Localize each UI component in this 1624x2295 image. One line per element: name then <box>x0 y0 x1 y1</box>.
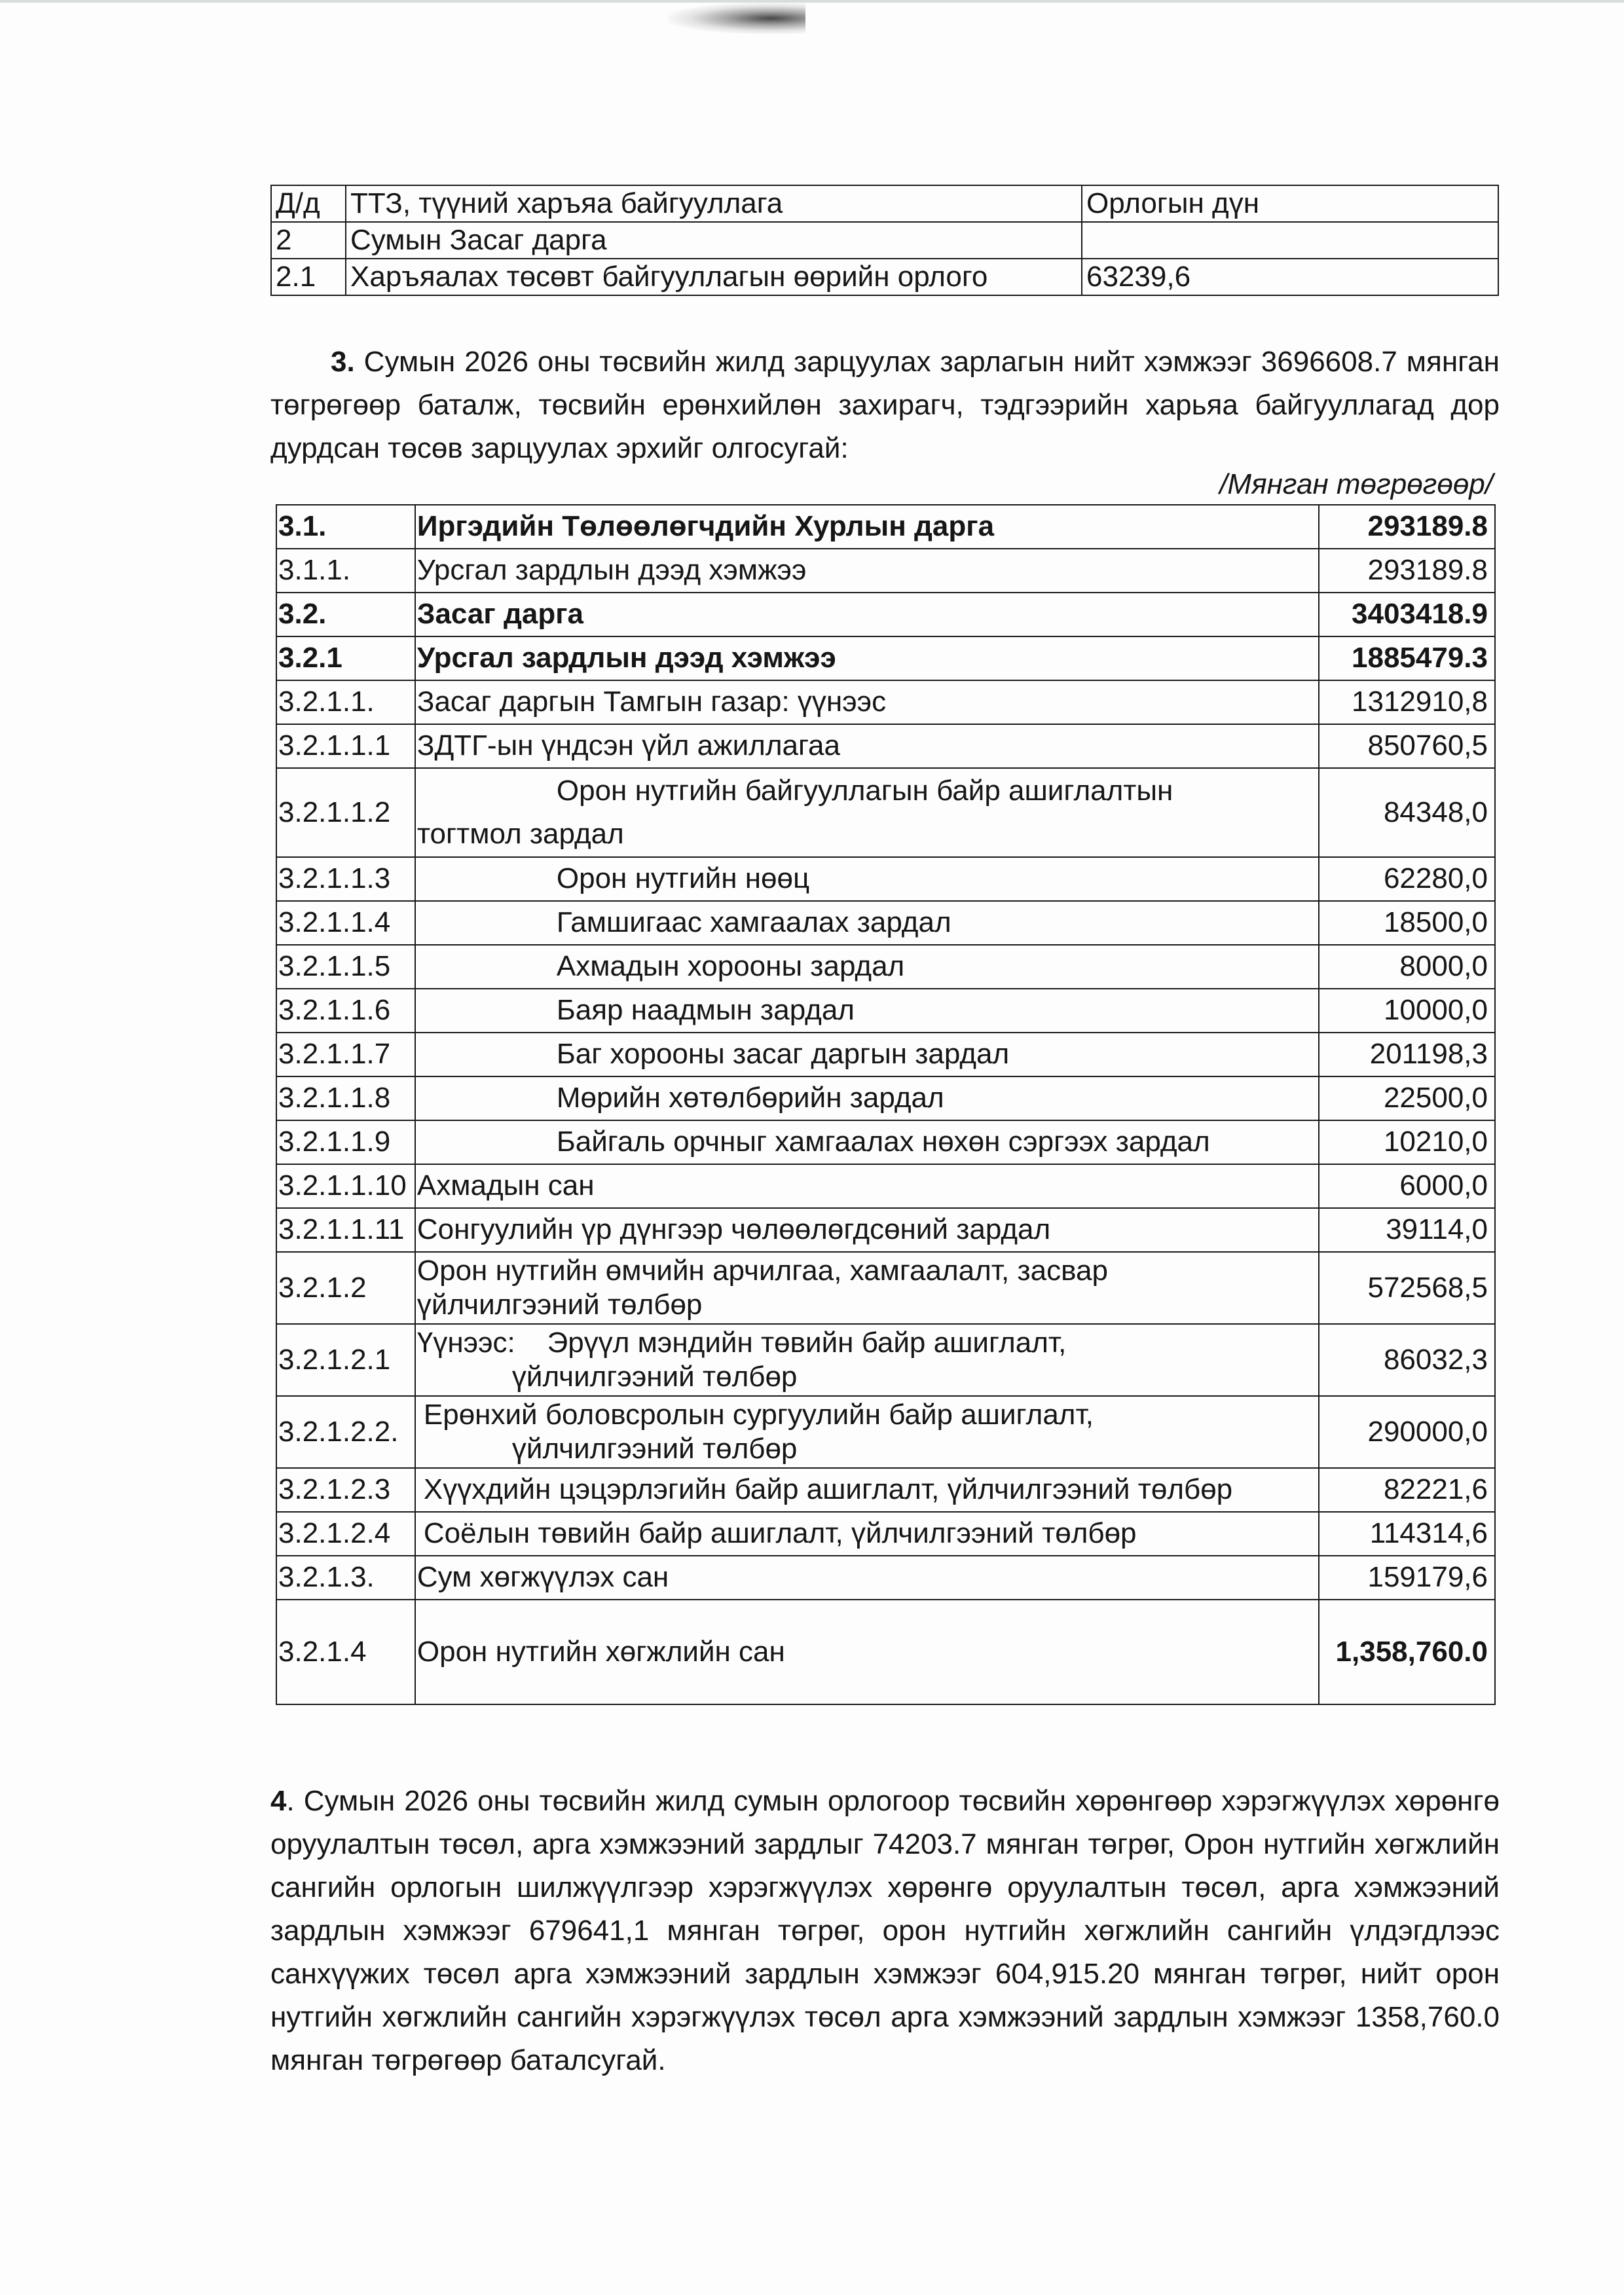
row-label: Орон нутгийн хөгжлийн сан <box>415 1600 1319 1704</box>
row-label-multiline: Орон нутгийн өмчийн арчилгаа, хамгаалалт… <box>415 1252 1319 1324</box>
row-code: 3.2.1.2.3 <box>276 1468 415 1512</box>
row-amount: 293189.8 <box>1319 505 1495 549</box>
table-row: 3.2.1.1.2 Орон нутгийн байгууллагын байр… <box>276 768 1495 857</box>
row-label: Ахмадын сан <box>415 1164 1319 1208</box>
row-code: 3.2.1.2.4 <box>276 1512 415 1556</box>
row-amount: 22500,0 <box>1319 1076 1495 1120</box>
row-code: 3.2.1.1.4 <box>276 901 415 945</box>
row-code: 3.2.1.1.2 <box>276 768 415 857</box>
row-label: Сонгуулийн үр дүнгээр чөлөөлөгдсөний зар… <box>415 1208 1319 1252</box>
row-code: 3.2. <box>276 593 415 636</box>
row-label-multiline: Орон нутгийн байгууллагын байр ашиглалты… <box>415 768 1319 857</box>
row-label-multiline: Ерөнхий боловсролын сургуулийн байр ашиг… <box>415 1396 1319 1468</box>
row-code: 3.2.1.1.3 <box>276 857 415 901</box>
row-label: Урсгал зардлын дээд хэмжээ <box>415 549 1319 593</box>
table-row: 3.1.1. Урсгал зардлын дээд хэмжээ 293189… <box>276 549 1495 593</box>
table-row: 3.2.1.1. Засаг даргын Тамгын газар: үүнэ… <box>276 680 1495 724</box>
table-row: 3.2.1.1.1 ЗДТГ-ын үндсэн үйл ажиллагаа 8… <box>276 724 1495 768</box>
row-label-line2: үйлчилгээний төлбөр <box>417 1360 1314 1394</box>
row-name: Харъяалах төсөвт байгууллагын өөрийн орл… <box>346 259 1082 295</box>
table-row: 3.2.1.1.3 Орон нутгийн нөөц 62280,0 <box>276 857 1495 901</box>
table-row: 2.1 Харъяалах төсөвт байгууллагын өөрийн… <box>271 259 1498 295</box>
row-amount: 86032,3 <box>1319 1324 1495 1396</box>
row-label: Ерөнхий боловсролын сургуулийн байр ашиг… <box>417 1398 1314 1432</box>
row-label-line2: үйлчилгээний төлбөр <box>417 1288 1314 1322</box>
row-label-line2: тогтмол зардал <box>417 813 1314 856</box>
row-label-multiline: Үүнээс: Эрүүл мэндийн төвийн байр ашигла… <box>415 1324 1319 1396</box>
section-4-number: 4 <box>270 1785 286 1817</box>
row-label: Мөрийн хөтөлбөрийн зардал <box>415 1076 1319 1120</box>
row-label: ЗДТГ-ын үндсэн үйл ажиллагаа <box>415 724 1319 768</box>
row-label: Сум хөгжүүлэх сан <box>415 1556 1319 1600</box>
row-amount: 10000,0 <box>1319 989 1495 1033</box>
row-amount: 572568,5 <box>1319 1252 1495 1324</box>
income-table: Д/д ТТЗ, түүний харъяа байгууллага Орлог… <box>270 185 1499 296</box>
table-row: 3.2.1.2.1 Үүнээс: Эрүүл мэндийн төвийн б… <box>276 1324 1495 1396</box>
row-amount: 1312910,8 <box>1319 680 1495 724</box>
row-label: Ахмадын хорооны зардал <box>415 945 1319 989</box>
row-amount: 1,358,760.0 <box>1319 1600 1495 1704</box>
row-label: Баг хорооны засаг даргын зардал <box>415 1033 1319 1076</box>
row-label: Орон нутгийн байгууллагын байр ашиглалты… <box>417 769 1314 813</box>
table-row: 3.2.1.2.4 Соёлын төвийн байр ашиглалт, ү… <box>276 1512 1495 1556</box>
section-4-text: . Сумын 2026 оны төсвийн жилд сумын орло… <box>270 1785 1500 2076</box>
unit-note: /Мянган төгрөгөөр/ <box>1219 468 1493 501</box>
row-name: Сумын Засаг дарга <box>346 222 1082 259</box>
scan-edge <box>0 0 1624 3</box>
row-amount: 10210,0 <box>1319 1120 1495 1164</box>
row-code: 3.2.1.1.7 <box>276 1033 415 1076</box>
table-row: 3.2.1.2 Орон нутгийн өмчийн арчилгаа, ха… <box>276 1252 1495 1324</box>
row-code: 3.2.1.1.9 <box>276 1120 415 1164</box>
table-row: 3.2. Засаг дарга 3403418.9 <box>276 593 1495 636</box>
row-code: 3.2.1.1.5 <box>276 945 415 989</box>
row-amount: 6000,0 <box>1319 1164 1495 1208</box>
row-amount: 82221,6 <box>1319 1468 1495 1512</box>
row-amount: 63239,6 <box>1082 259 1498 295</box>
row-label-line2: үйлчилгээний төлбөр <box>417 1432 1314 1466</box>
table-row: 3.2.1 Урсгал зардлын дээд хэмжээ 1885479… <box>276 636 1495 680</box>
row-no: 2 <box>271 222 346 259</box>
row-amount: 8000,0 <box>1319 945 1495 989</box>
row-label: Баяр наадмын зардал <box>415 989 1319 1033</box>
row-amount: 159179,6 <box>1319 1556 1495 1600</box>
row-code: 3.2.1.1.1 <box>276 724 415 768</box>
row-amount: 850760,5 <box>1319 724 1495 768</box>
table-row: 3.2.1.2.3 Хүүхдийн цэцэрлэгийн байр ашиг… <box>276 1468 1495 1512</box>
income-table-header: Д/д ТТЗ, түүний харъяа байгууллага Орлог… <box>271 185 1498 222</box>
row-code: 3.2.1.2.1 <box>276 1324 415 1396</box>
table-row: 2 Сумын Засаг дарга <box>271 222 1498 259</box>
row-amount <box>1082 222 1498 259</box>
row-amount: 62280,0 <box>1319 857 1495 901</box>
row-label: Засаг даргын Тамгын газар: үүнээс <box>415 680 1319 724</box>
row-amount: 1885479.3 <box>1319 636 1495 680</box>
row-amount: 293189.8 <box>1319 549 1495 593</box>
row-no: 2.1 <box>271 259 346 295</box>
row-amount: 290000,0 <box>1319 1396 1495 1468</box>
row-amount: 3403418.9 <box>1319 593 1495 636</box>
row-code: 3.2.1.3. <box>276 1556 415 1600</box>
row-amount: 201198,3 <box>1319 1033 1495 1076</box>
row-label: Үүнээс: Эрүүл мэндийн төвийн байр ашигла… <box>417 1326 1314 1360</box>
section-4-paragraph: 4. Сумын 2026 оны төсвийн жилд сумын орл… <box>270 1780 1500 2082</box>
table-row: 3.2.1.1.10 Ахмадын сан 6000,0 <box>276 1164 1495 1208</box>
row-label: Гамшигаас хамгаалах зардал <box>415 901 1319 945</box>
row-code: 3.2.1.4 <box>276 1600 415 1704</box>
row-code: 3.2.1 <box>276 636 415 680</box>
table-row: 3.2.1.1.4 Гамшигаас хамгаалах зардал 185… <box>276 901 1495 945</box>
row-amount: 114314,6 <box>1319 1512 1495 1556</box>
table-row: 3.1. Иргэдийн Төлөөлөгчдийн Хурлын дарга… <box>276 505 1495 549</box>
section-3-text: Сумын 2026 оны төсвийн жилд зарцуулах за… <box>270 346 1500 464</box>
row-label: Хүүхдийн цэцэрлэгийн байр ашиглалт, үйлч… <box>415 1468 1319 1512</box>
table-row: 3.2.1.1.5 Ахмадын хорооны зардал 8000,0 <box>276 945 1495 989</box>
row-code: 3.2.1.2 <box>276 1252 415 1324</box>
header-organization: ТТЗ, түүний харъяа байгууллага <box>346 185 1082 222</box>
row-amount: 39114,0 <box>1319 1208 1495 1252</box>
row-code: 3.2.1.1.10 <box>276 1164 415 1208</box>
scan-smudge <box>668 3 805 34</box>
header-no: Д/д <box>271 185 346 222</box>
row-code: 3.1. <box>276 505 415 549</box>
table-row: 3.2.1.1.9 Байгаль орчныг хамгаалах нөхөн… <box>276 1120 1495 1164</box>
table-row: 3.2.1.4 Орон нутгийн хөгжлийн сан 1,358,… <box>276 1600 1495 1704</box>
row-label: Иргэдийн Төлөөлөгчдийн Хурлын дарга <box>415 505 1319 549</box>
table-row: 3.2.1.1.7 Баг хорооны засаг даргын зарда… <box>276 1033 1495 1076</box>
table-row: 3.2.1.1.8 Мөрийн хөтөлбөрийн зардал 2250… <box>276 1076 1495 1120</box>
table-row: 3.2.1.2.2. Ерөнхий боловсролын сургуулий… <box>276 1396 1495 1468</box>
row-code: 3.2.1.1.8 <box>276 1076 415 1120</box>
row-amount: 18500,0 <box>1319 901 1495 945</box>
table-row: 3.2.1.1.11 Сонгуулийн үр дүнгээр чөлөөлө… <box>276 1208 1495 1252</box>
table-row: 3.2.1.3. Сум хөгжүүлэх сан 159179,6 <box>276 1556 1495 1600</box>
row-label: Орон нутгийн нөөц <box>415 857 1319 901</box>
row-code: 3.2.1.1.11 <box>276 1208 415 1252</box>
budget-table: 3.1. Иргэдийн Төлөөлөгчдийн Хурлын дарга… <box>276 504 1496 1705</box>
section-3-paragraph: 3. Сумын 2026 оны төсвийн жилд зарцуулах… <box>270 340 1500 470</box>
row-label: Засаг дарга <box>415 593 1319 636</box>
row-code: 3.1.1. <box>276 549 415 593</box>
row-code: 3.2.1.1. <box>276 680 415 724</box>
row-amount: 84348,0 <box>1319 768 1495 857</box>
row-code: 3.2.1.1.6 <box>276 989 415 1033</box>
row-label: Орон нутгийн өмчийн арчилгаа, хамгаалалт… <box>417 1254 1314 1288</box>
row-label: Урсгал зардлын дээд хэмжээ <box>415 636 1319 680</box>
table-row: 3.2.1.1.6 Баяр наадмын зардал 10000,0 <box>276 989 1495 1033</box>
row-code: 3.2.1.2.2. <box>276 1396 415 1468</box>
row-label: Соёлын төвийн байр ашиглалт, үйлчилгээни… <box>415 1512 1319 1556</box>
section-3-number: 3. <box>331 346 355 378</box>
row-label: Байгаль орчныг хамгаалах нөхөн сэргээх з… <box>415 1120 1319 1164</box>
header-income-amount: Орлогын дүн <box>1082 185 1498 222</box>
